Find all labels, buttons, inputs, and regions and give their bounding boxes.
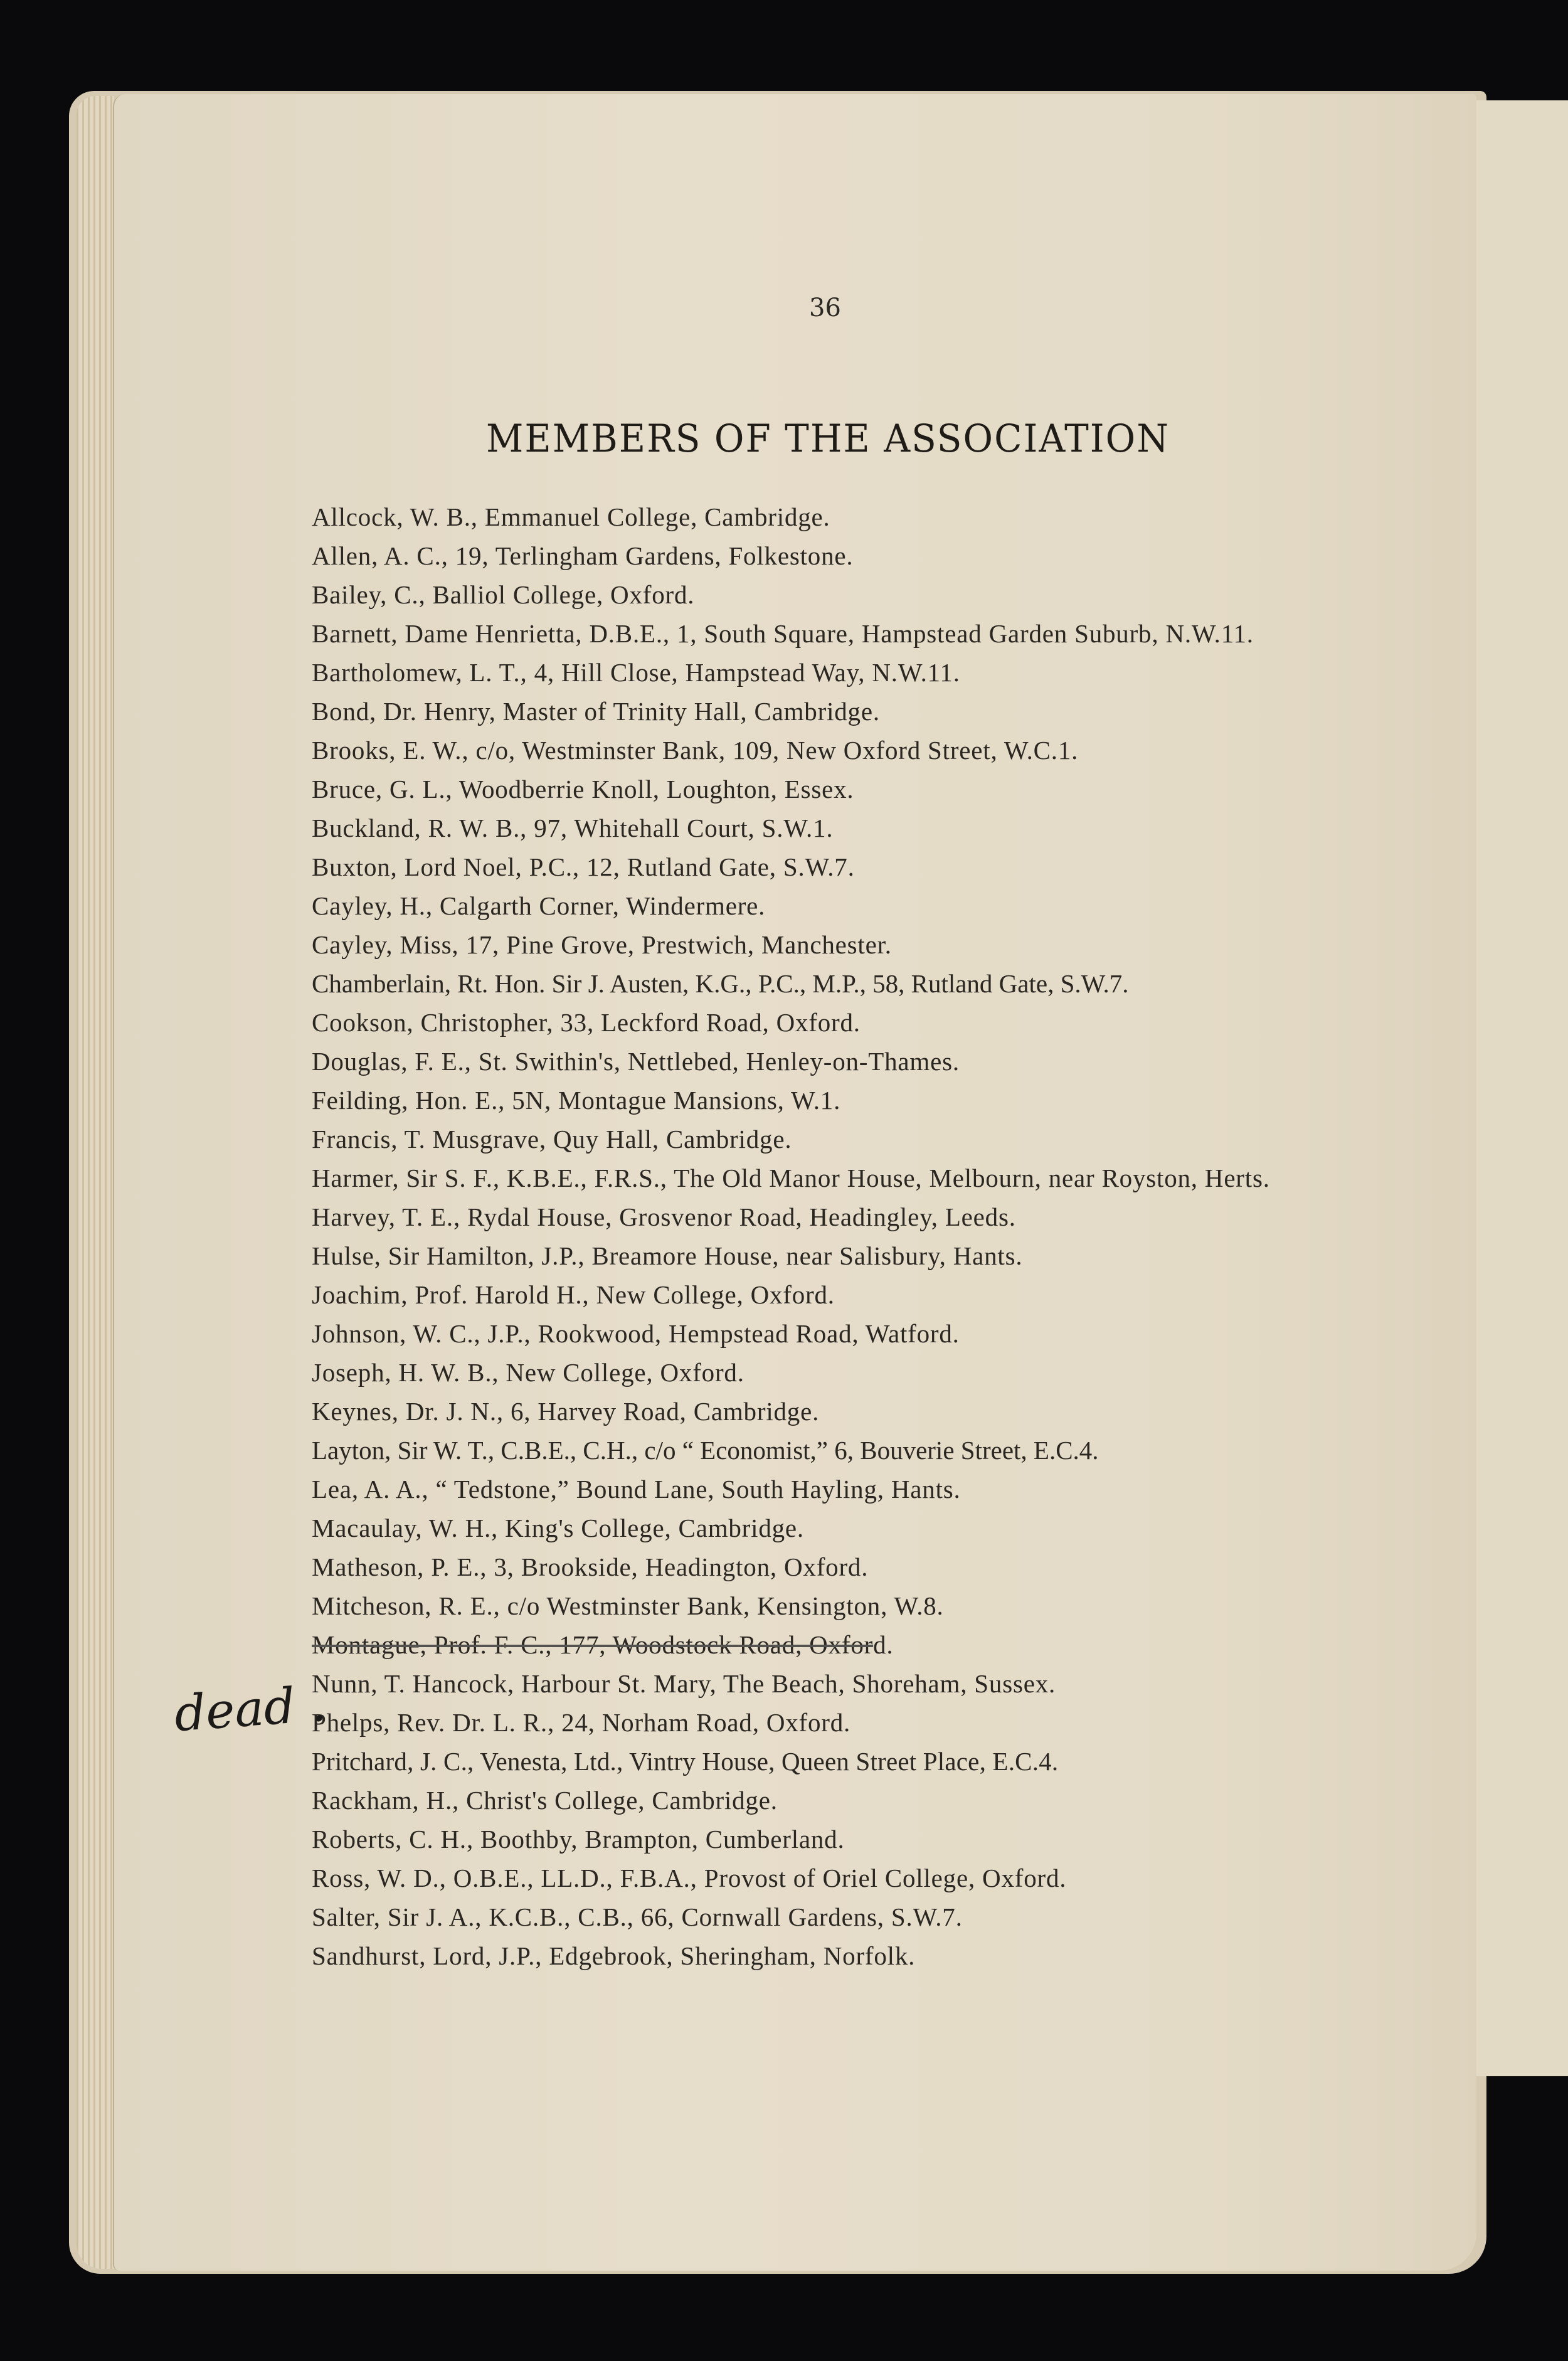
member-entry: Buckland, R. W. B., 97, Whitehall Court,… [312,813,1347,843]
member-entry: Francis, T. Musgrave, Quy Hall, Cambridg… [312,1124,1347,1154]
member-entry: Joachim, Prof. Harold H., New College, O… [312,1280,1347,1310]
member-entry: Phelps, Rev. Dr. L. R., 24, Norham Road,… [312,1707,1347,1738]
member-entry: Buxton, Lord Noel, P.C., 12, Rutland Gat… [312,852,1347,882]
member-entry: Joseph, H. W. B., New College, Oxford. [312,1357,1347,1387]
member-entry: Allen, A. C., 19, Terlingham Gardens, Fo… [312,541,1347,571]
page-title: MEMBERS OF THE ASSOCIATION [433,416,1223,460]
member-entry: Johnson, W. C., J.P., Rookwood, Hempstea… [312,1318,1347,1349]
member-entry: Bruce, G. L., Woodberrie Knoll, Loughton… [312,774,1347,804]
member-entry: Ross, W. D., O.B.E., LL.D., F.B.A., Prov… [312,1863,1347,1893]
member-entry: Brooks, E. W., c/o, Westminster Bank, 10… [312,735,1347,765]
member-entry: Cayley, H., Calgarth Corner, Windermere. [312,891,1347,921]
member-entry: Bond, Dr. Henry, Master of Trinity Hall,… [312,696,1347,726]
member-entry: Layton, Sir W. T., C.B.E., C.H., c/o “ E… [312,1435,1347,1465]
member-entry: Bailey, C., Balliol College, Oxford. [312,580,1347,610]
member-entry: Cookson, Christopher, 33, Leckford Road,… [312,1007,1347,1037]
members-list: Allcock, W. B., Emmanuel College, Cambri… [312,502,1347,1980]
member-entry: Chamberlain, Rt. Hon. Sir J. Austen, K.G… [312,968,1347,999]
member-entry: Salter, Sir J. A., K.C.B., C.B., 66, Cor… [312,1902,1347,1932]
member-entry: Matheson, P. E., 3, Brookside, Headingto… [312,1552,1347,1582]
member-entry: Pritchard, J. C., Venesta, Ltd., Vintry … [312,1746,1347,1776]
member-entry: Douglas, F. E., St. Swithin's, Nettlebed… [312,1046,1347,1076]
member-entry: Harmer, Sir S. F., K.B.E., F.R.S., The O… [312,1163,1347,1193]
member-entry-tail: d. [873,1630,893,1659]
member-entry: Barnett, Dame Henrietta, D.B.E., 1, Sout… [312,618,1347,649]
member-entry: Harvey, T. E., Rydal House, Grosvenor Ro… [312,1202,1347,1232]
strikethrough-text: Montague, Prof. F. C., 177, Woodstock Ro… [312,1630,873,1659]
page-number: 36 [809,294,841,322]
member-entry: Macaulay, W. H., King's College, Cambrid… [312,1513,1347,1543]
member-entry: Feilding, Hon. E., 5N, Montague Mansions… [312,1085,1347,1115]
member-entry-struck-through: Montague, Prof. F. C., 177, Woodstock Ro… [312,1630,1347,1660]
member-entry: Keynes, Dr. J. N., 6, Harvey Road, Cambr… [312,1396,1347,1426]
member-entry: Rackham, H., Christ's College, Cambridge… [312,1785,1347,1815]
member-entry: Cayley, Miss, 17, Pine Grove, Prestwich,… [312,930,1347,960]
handwritten-annotation: dead . [172,1676,328,1743]
member-entry: Allcock, W. B., Emmanuel College, Cambri… [312,502,1347,532]
member-entry: Nunn, T. Hancock, Harbour St. Mary, The … [312,1669,1347,1699]
member-entry: Sandhurst, Lord, J.P., Edgebrook, Sherin… [312,1941,1347,1971]
member-entry: Roberts, C. H., Boothby, Brampton, Cumbe… [312,1824,1347,1854]
member-entry: Lea, A. A., “ Tedstone,” Bound Lane, Sou… [312,1474,1347,1504]
member-entry: Hulse, Sir Hamilton, J.P., Breamore Hous… [312,1241,1347,1271]
member-entry: Bartholomew, L. T., 4, Hill Close, Hamps… [312,657,1347,687]
member-entry: Mitcheson, R. E., c/o Westminster Bank, … [312,1591,1347,1621]
facing-page-edge [1475,100,1568,2076]
